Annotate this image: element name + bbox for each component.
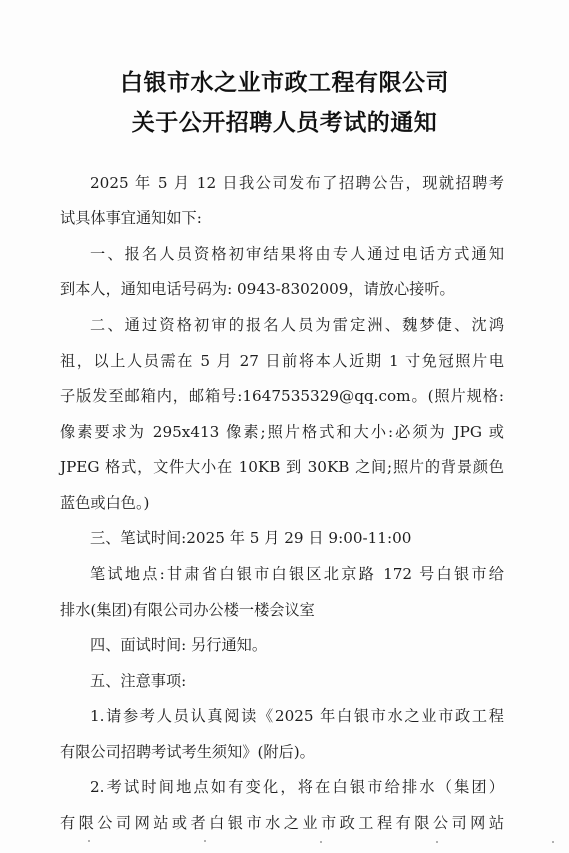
scan-speck (552, 841, 554, 843)
section-5-heading: 五、注意事项: (90, 671, 504, 691)
section-3-exam-location: 排水(集团)有限公司办公楼一楼会议室 (60, 600, 504, 620)
section-1-line: 一、报名人员资格初审结果将由专人通过电话方式通知 (90, 244, 504, 264)
scan-speck (320, 841, 322, 843)
paragraph-intro-line: 试具体事宜通知如下: (60, 208, 504, 228)
note-1-line: 有限公司招聘考试考生须知》(附后)。 (60, 742, 504, 762)
section-4-interview-time: 四、面试时间: 另行通知。 (90, 635, 504, 655)
paragraph-intro-line: 2025 年 5 月 12 日我公司发布了招聘公告，现就招聘考 (90, 173, 504, 193)
note-1-line: 1.请参考人员认真阅读《2025 年白银市水之业市政工程 (90, 706, 504, 726)
section-2-line: 子版发至邮箱内，邮箱号:1647535329@qq.com。(照片规格: (60, 386, 504, 406)
document-title-line-1: 白银市水之业市政工程有限公司 (0, 64, 569, 97)
document-page: 白银市水之业市政工程有限公司 关于公开招聘人员考试的通知 2025 年 5 月 … (0, 0, 569, 853)
note-2-line: 有限公司网站或者白银市水之业市政工程有限公司网站 (60, 813, 504, 833)
section-3-exam-time: 三、笔试时间:2025 年 5 月 29 日 9:00-11:00 (90, 528, 504, 548)
scan-speck (88, 840, 90, 842)
section-2-line: 二、通过资格初审的报名人员为雷定洲、魏梦倢、沈鸿 (90, 315, 504, 335)
section-2-line: 祖，以上人员需在 5 月 27 日前将本人近期 1 寸免冠照片电 (60, 351, 504, 371)
document-title-line-2: 关于公开招聘人员考试的通知 (0, 104, 569, 137)
section-2-line: 像素要求为 295x413 像素;照片格式和大小:必须为 JPG 或 (60, 422, 504, 442)
section-2-line: 蓝色或白色。) (60, 493, 504, 513)
scan-speck (436, 841, 438, 843)
section-3-exam-location: 笔试地点:甘肃省白银市白银区北京路 172 号白银市给 (90, 564, 504, 584)
section-2-line: JPEG 格式，文件大小在 10KB 到 30KB 之间;照片的背景颜色 (60, 457, 504, 477)
note-2-line: 2.考试时间地点如有变化，将在白银市给排水（集团） (90, 777, 504, 797)
section-1-line: 到本人，通知电话号码为: 0943-8302009，请放心接听。 (60, 279, 504, 299)
scan-speck (204, 840, 206, 842)
